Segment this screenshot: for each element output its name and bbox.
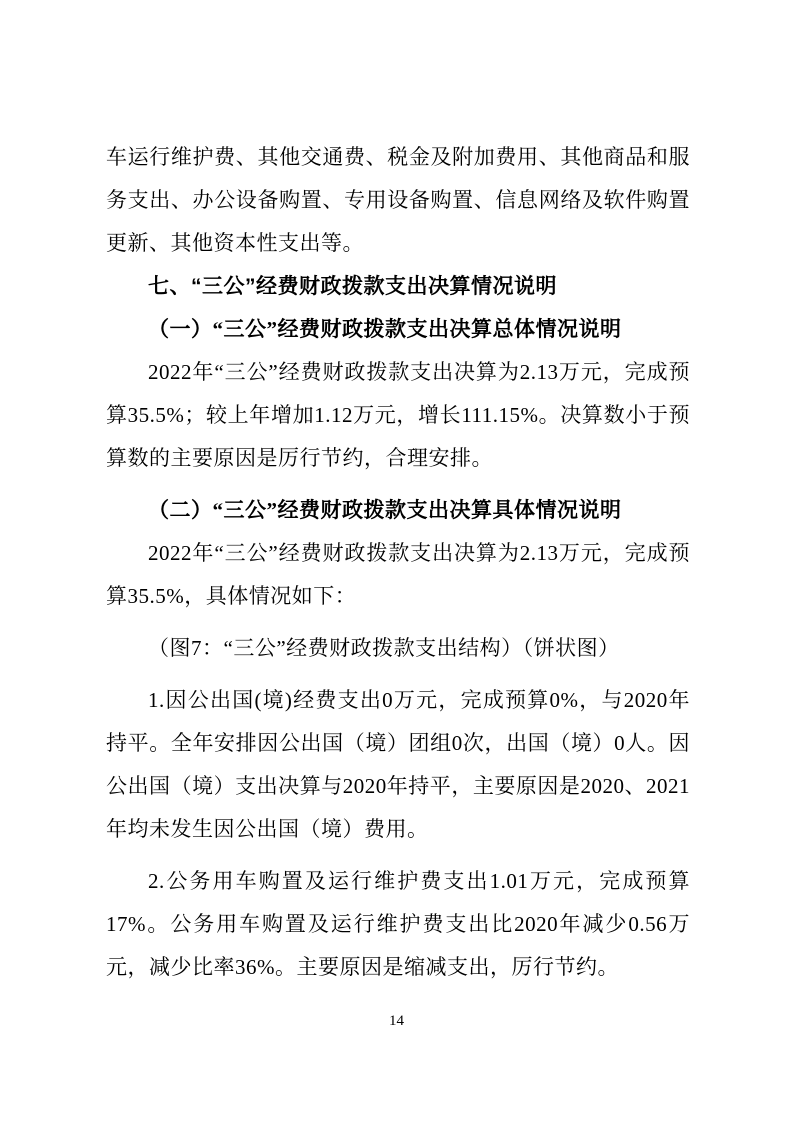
item1-abroad-expense-paragraph: 1.因公出国(境)经费支出0万元，完成预算0%，与2020年持平。全年安排因公出…: [106, 679, 690, 851]
page-number: 14: [0, 1012, 793, 1030]
specific-situation-paragraph: 2022年“三公”经费财政拨款支出决算为2.13万元，完成预算35.5%，具体情…: [106, 532, 690, 618]
document-page: 车运行维护费、其他交通费、税金及附加费用、其他商品和服务支出、办公设备购置、专用…: [0, 0, 793, 1122]
figure7-caption: （图7：“三公”经费财政拨款支出结构）（饼状图）: [106, 627, 690, 670]
overall-situation-paragraph: 2022年“三公”经费财政拨款支出决算为2.13万元，完成预算35.5%；较上年…: [106, 351, 690, 480]
continuation-paragraph: 车运行维护费、其他交通费、税金及附加费用、其他商品和服务支出、办公设备购置、专用…: [106, 136, 690, 265]
document-content: 车运行维护费、其他交通费、税金及附加费用、其他商品和服务支出、办公设备购置、专用…: [106, 136, 690, 989]
section-heading-seven: 七、“三公”经费财政拨款支出决算情况说明: [106, 265, 690, 308]
item2-official-vehicle-paragraph: 2.公务用车购置及运行维护费支出1.01万元，完成预算17%。公务用车购置及运行…: [106, 860, 690, 989]
subsection-heading-one: （一）“三公”经费财政拨款支出决算总体情况说明: [106, 308, 690, 351]
subsection-heading-two: （二）“三公”经费财政拨款支出决算具体情况说明: [106, 489, 690, 532]
